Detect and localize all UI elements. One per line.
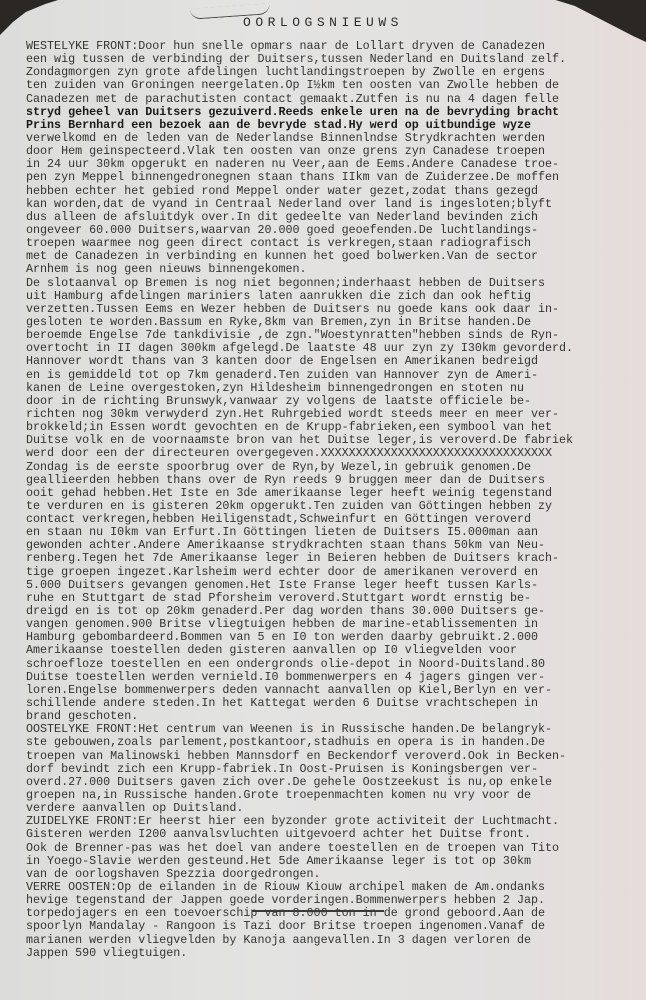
text-line: verzetten.Tussen Eems en Wezer hebben de… bbox=[26, 303, 636, 316]
text-line: 5.000 Duitsers gevangen genomen.Het Iste… bbox=[26, 579, 636, 592]
text-line: Gisteren werden I200 aanvalsvluchten uit… bbox=[26, 828, 636, 841]
text-line: Amerikaanse toestellen deden gisteren aa… bbox=[26, 644, 636, 657]
text-line: hebben echter het gebied rond Meppel ond… bbox=[26, 185, 636, 198]
text-line: dorf bevindt zich een Krupp-fabriek.In O… bbox=[26, 763, 636, 776]
text-line: Hannover wordt thans van 3 kanten door d… bbox=[26, 355, 636, 368]
typewritten-page: OORLOGSNIEUWS WESTELYKE FRONT:Door hun s… bbox=[0, 0, 646, 1000]
text-line: pen zyn Meppel binnengedronegnen staan t… bbox=[26, 171, 636, 184]
text-line: Duitse toestellen werden vernield.I0 bom… bbox=[26, 671, 636, 684]
text-line: in Yoego-Slavie werden gesteund.Het 5de … bbox=[26, 855, 636, 868]
text-line: Zondag is de eerste spoorbrug over de Ry… bbox=[26, 461, 636, 474]
closing-rule bbox=[252, 910, 384, 912]
text-line: ten zuiden van Groningen neergelaten.Op … bbox=[26, 79, 636, 92]
text-line: uit Hamburg afdelingen mariniers laten a… bbox=[26, 290, 636, 303]
text-line: geallieerden hebben thans over de Ryn re… bbox=[26, 474, 636, 487]
text-line: De slotaanval op Bremen is nog niet bego… bbox=[26, 277, 636, 290]
text-line: tige groepen ingezet.Karlsheim werd echt… bbox=[26, 566, 636, 579]
text-line: door in de richting Brunswyk,vanwaar zy … bbox=[26, 395, 636, 408]
text-line: renberg.Tegen het 7de Amerikaanse leger … bbox=[26, 552, 636, 565]
text-line: Jappen 590 vliegtuigen. bbox=[26, 947, 636, 960]
text-line: Prins Bernhard een bezoek aan de bevryde… bbox=[26, 119, 636, 132]
text-line: en is gemiddeld tot op 7km genaderd.Ten … bbox=[26, 369, 636, 382]
text-line: stryd geheel van Duitsers gezuiverd.Reed… bbox=[26, 106, 636, 119]
text-line: kanen de Leine overgestoken,zyn Hildeshe… bbox=[26, 382, 636, 395]
text-line: schroefloze toestellen en een ondergrond… bbox=[26, 658, 636, 671]
text-line: ste gebouwen,zoals parlement,postkantoor… bbox=[26, 736, 636, 749]
text-line: marianen werden vliegvelden by Kanoja aa… bbox=[26, 934, 636, 947]
text-line: Arnhem is nog geen nieuws binnengekomen. bbox=[26, 263, 636, 276]
text-line: spoorlyn Mandalay - Rangoon is Tazi door… bbox=[26, 920, 636, 933]
page-title: OORLOGSNIEUWS bbox=[0, 15, 646, 30]
text-line: Canadezen met de parachutisten contact g… bbox=[26, 93, 636, 106]
text-line: Ook de Brenner-pas was het doel van ande… bbox=[26, 842, 636, 855]
text-line: werd door een der directeuren overgegeve… bbox=[26, 447, 636, 460]
text-line: kan worden,dat de vyand in Centraal Nede… bbox=[26, 198, 636, 211]
text-line: troepen van Malinowski hebben Mannsdorf … bbox=[26, 750, 636, 763]
text-line: dus alleen de afsluitdyk over.In dit ged… bbox=[26, 211, 636, 224]
news-body: WESTELYKE FRONT:Door hun snelle opmars n… bbox=[26, 40, 636, 960]
text-line: ooit gehad hebben.Het Iste en 3de amerik… bbox=[26, 487, 636, 500]
